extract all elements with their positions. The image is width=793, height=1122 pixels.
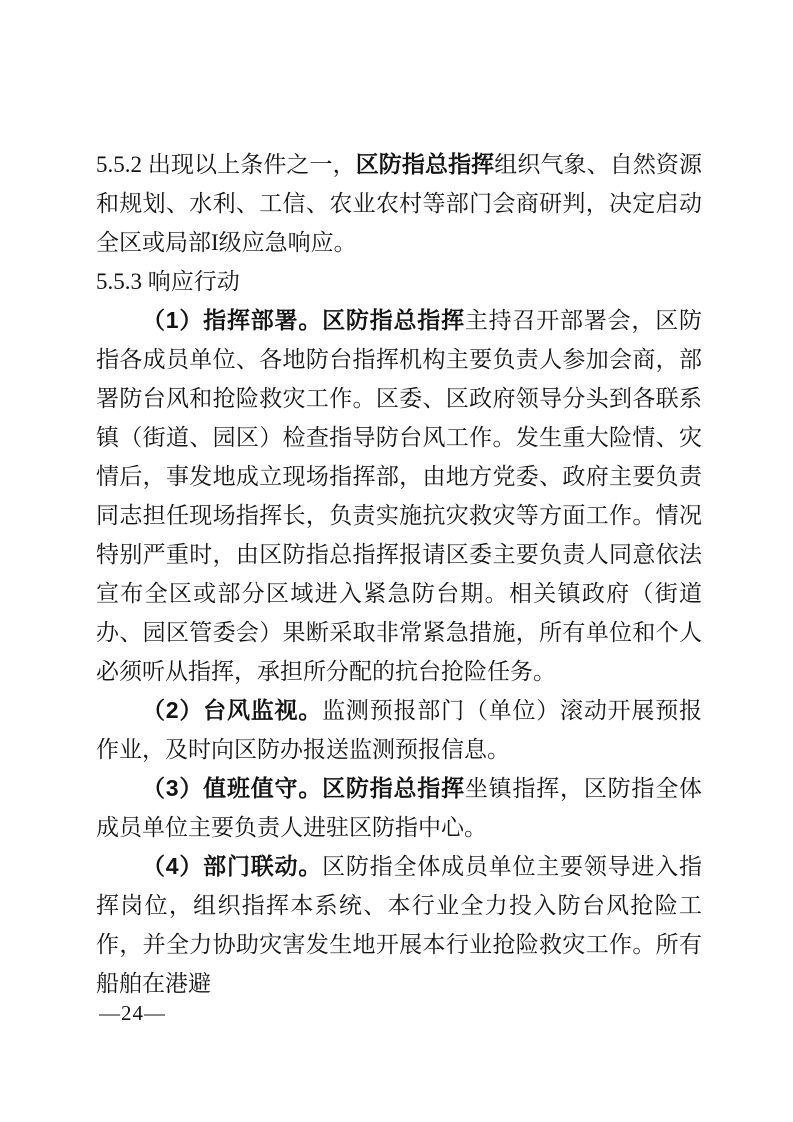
item-3-duty-watch: （3）值班值守。区防指总指挥坐镇指挥，区防指全体成员单位主要负责人进驻区防指中心… — [96, 769, 702, 847]
page-number: —24— — [99, 999, 166, 1027]
emphasis-text: （4）部门联动。 — [142, 853, 322, 879]
body-text: 主持召开部署会，区防指各成员单位、各地防台指挥机构主要负责人参加会商，部署防台风… — [96, 308, 702, 684]
clause-5-5-3-heading: 5.5.3 响应行动 — [96, 262, 702, 301]
document-page: 5.5.2 出现以上条件之一，区防指总指挥组织气象、自然资源和规划、水利、工信、… — [0, 0, 793, 1122]
body-text: 5.5.2 出现以上条件之一， — [96, 152, 356, 177]
item-4-department-coordination: （4）部门联动。区防指全体成员单位主要领导进入指挥岗位，组织指挥本系统、本行业全… — [96, 847, 702, 1003]
body-text: 5.5.3 响应行动 — [96, 269, 240, 294]
emphasis-text: （3）值班值守。区防指总指挥 — [142, 775, 465, 801]
emphasis-text: （2）台风监视。 — [142, 697, 322, 723]
emphasis-text: （1）指挥部署。区防指总指挥 — [142, 307, 465, 333]
emphasis-text: 区防指总指挥 — [356, 151, 495, 177]
item-2-typhoon-monitoring: （2）台风监视。监测预报部门（单位）滚动开展预报作业，及时向区防办报送监测预报信… — [96, 691, 702, 769]
clause-5-5-2: 5.5.2 出现以上条件之一，区防指总指挥组织气象、自然资源和规划、水利、工信、… — [96, 145, 702, 262]
item-1-command-deployment: （1）指挥部署。区防指总指挥主持召开部署会，区防指各成员单位、各地防台指挥机构主… — [96, 301, 702, 691]
document-body: 5.5.2 出现以上条件之一，区防指总指挥组织气象、自然资源和规划、水利、工信、… — [96, 145, 702, 1003]
